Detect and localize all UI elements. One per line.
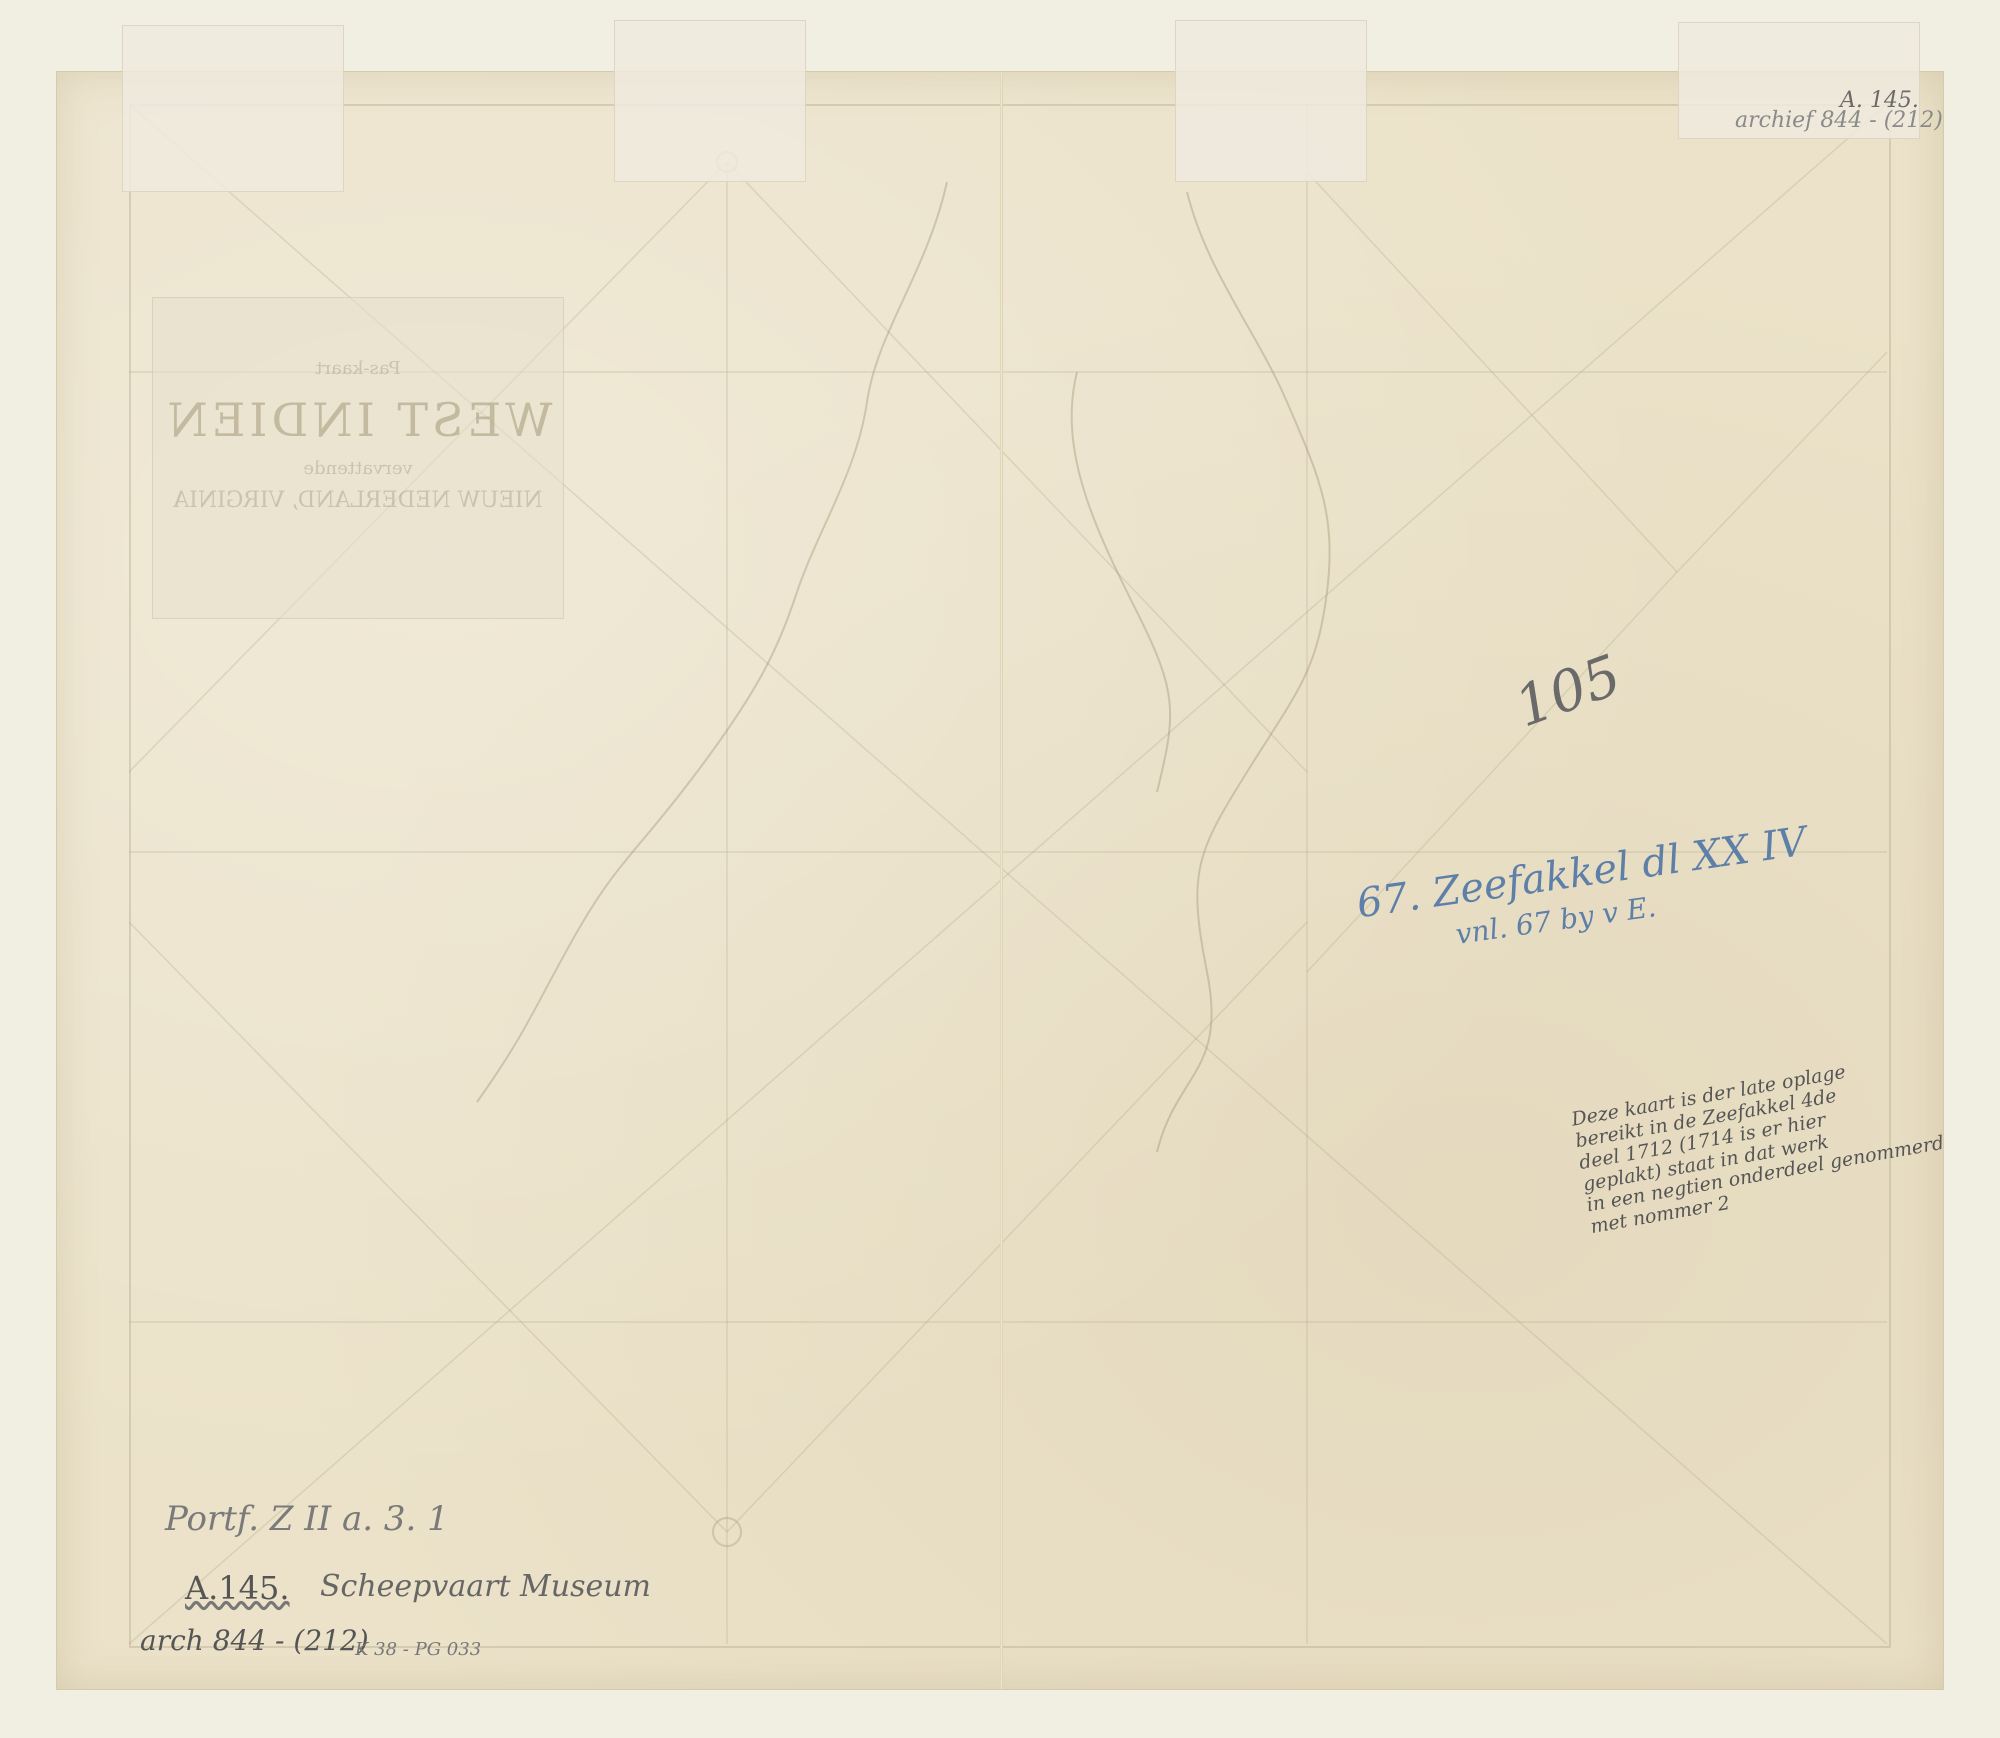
accession-number: A.145. — [185, 1570, 290, 1607]
cartouche-line3: vervattende — [153, 458, 563, 479]
museum-stamp: Scheepvaart Museum — [320, 1570, 651, 1605]
tape-strip — [1175, 20, 1367, 182]
shelf-reference: K 38 - PG 033 — [355, 1640, 481, 1661]
center-fold — [1000, 72, 1003, 1689]
tape-strip — [614, 20, 806, 182]
cartouche-line1: Pas-kaart — [153, 358, 563, 379]
tape-strip — [122, 25, 344, 192]
show-through-cartouche: Pas-kaart WEST INDIEN vervattende NIEUW … — [152, 297, 564, 619]
cartouche-title: WEST INDIEN — [153, 393, 563, 447]
archive-number: arch 844 - (212) — [140, 1625, 369, 1657]
portfolio-number: Portf. Z II a. 3. 1 — [165, 1500, 449, 1539]
top-right-archive: archief 844 - (212) — [1735, 108, 1943, 133]
cartouche-line4: NIEUW NEDERLAND, VIRGINIA — [153, 488, 563, 513]
